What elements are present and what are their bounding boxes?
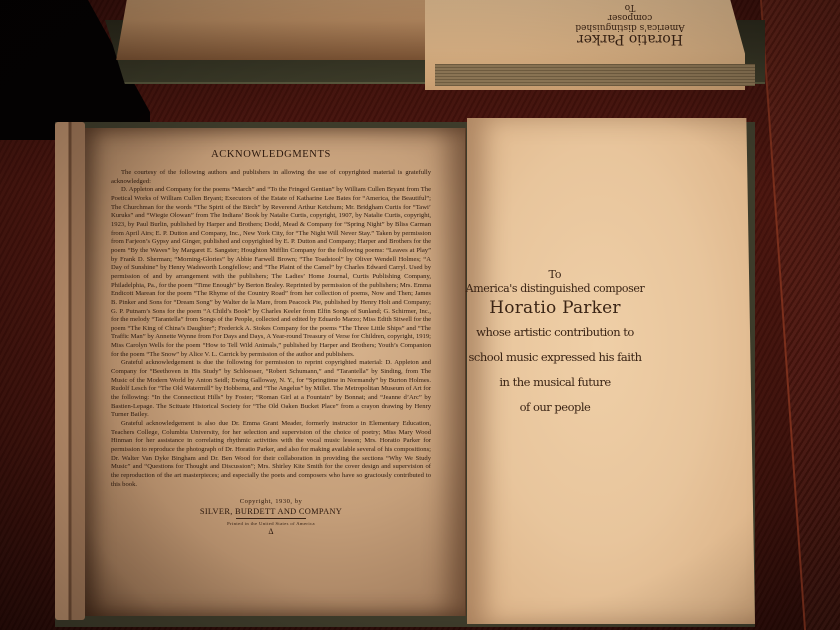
copyright-imprint: Copyright, 1930, by SILVER, BURDETT AND … (111, 498, 431, 536)
upper-book: Horatio Parker America's distinguished c… (105, 0, 765, 130)
acknowledgments-text-block: ACKNOWLEDGMENTS The courtesy of the foll… (111, 149, 431, 536)
dedication-line-3: school music expressed his faith (455, 345, 655, 370)
upper-book-left-page (116, 0, 464, 60)
dedication-line-4: in the musical future (455, 370, 655, 395)
copyright-line: Copyright, 1930, by (111, 498, 431, 505)
printed-in-line: Printed in the United States of America (111, 521, 431, 526)
dedication-name: Horatio Parker (455, 296, 655, 320)
ack-paragraph-art: Grateful acknowledgement is due the foll… (111, 359, 431, 420)
ack-paragraph-people: Grateful acknowledgement is also due Dr.… (111, 420, 431, 489)
union-mark-icon: Δ (111, 527, 431, 536)
publisher-name: SILVER, BURDETT AND COMPANY (111, 507, 431, 516)
imprint-rule (236, 518, 306, 519)
ack-paragraph-poems: D. Appleton and Company for the poems “M… (111, 186, 431, 359)
dedication-to: To (455, 268, 655, 282)
book-spine-edge (55, 122, 85, 620)
dedication-line-5: of our people (455, 395, 655, 420)
ack-paragraph-intro: The courtesy of the following authors an… (111, 169, 431, 186)
dedication-line-2: whose artistic contribution to (455, 320, 655, 345)
upper-book-page-edges (435, 64, 755, 86)
page-title: ACKNOWLEDGMENTS (111, 149, 431, 160)
dedication-line-1: America's distinguished composer (455, 282, 655, 296)
photo-scene: Horatio Parker America's distinguished c… (0, 0, 840, 630)
dedication-text: To America's distinguished composer Hora… (455, 268, 655, 420)
upper-book-upside-down-text: Horatio Parker America's distinguished c… (560, 2, 700, 46)
